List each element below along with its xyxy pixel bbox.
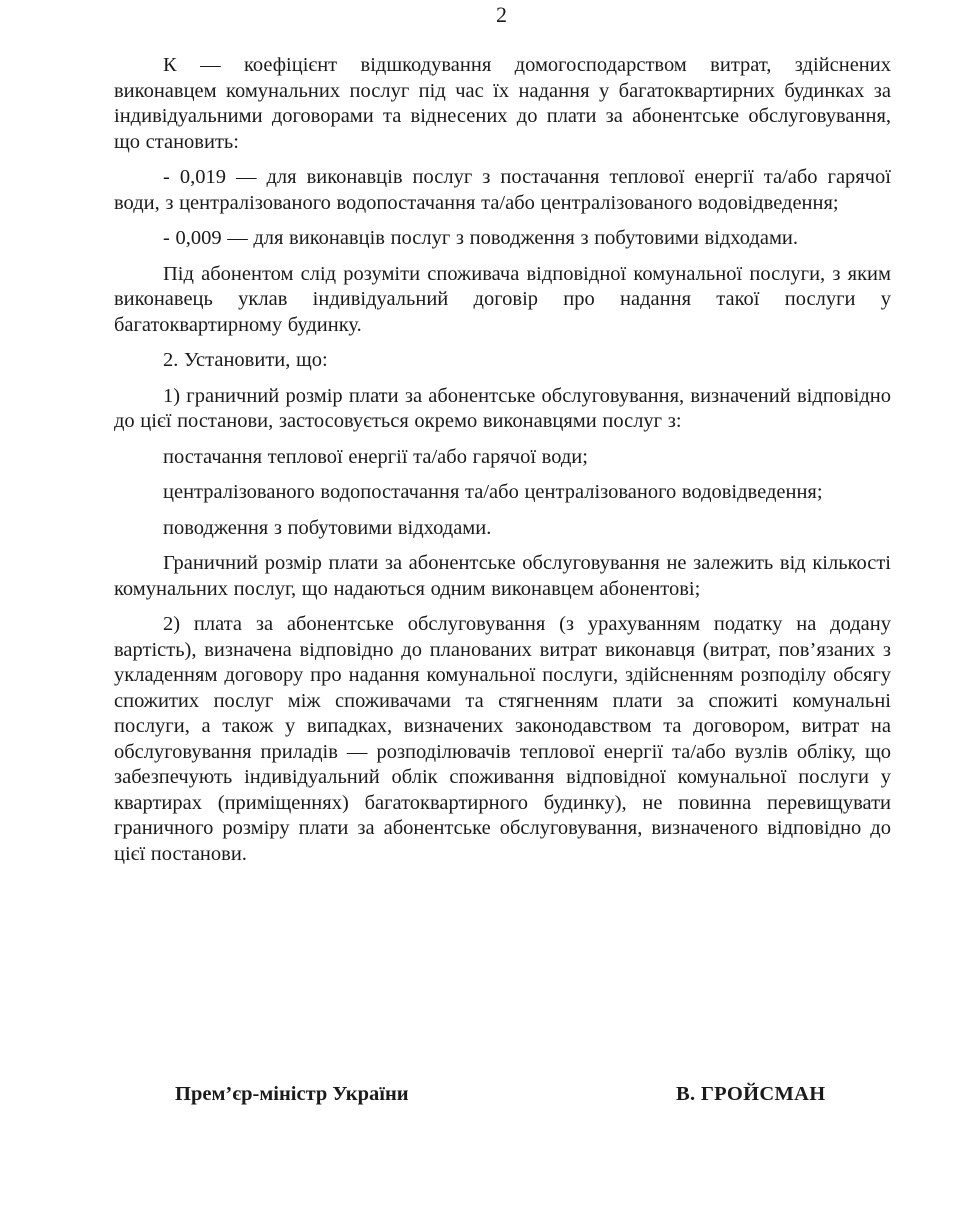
paragraph-service-heat: постачання теплової енергії та/або гаряч… [114,445,891,471]
paragraph-fee-independence: Граничний розмір плати за абонентське об… [114,551,891,602]
page-number: 2 [0,2,961,28]
paragraph-subscriber-definition: Під абонентом слід розуміти споживача ві… [114,262,891,339]
paragraph-coefficient-definition: К — коефіцієнт відшкодування домогоспода… [114,53,891,155]
document-body: К — коефіцієнт відшкодування домогоспода… [114,53,891,877]
paragraph-item-1: 1) граничний розмір плати за абонентське… [114,384,891,435]
signature-name: В. ГРОЙСМАН [676,1081,825,1107]
paragraph-service-waste: поводження з побутовими відходами. [114,516,891,542]
paragraph-section-2-heading: 2. Установити, що: [114,348,891,374]
signature-position: Прем’єр-міністр України [175,1081,409,1107]
paragraph-service-water: централізованого водопостачання та/або ц… [114,480,891,506]
paragraph-item-2: 2) плата за абонентське обслуговування (… [114,612,891,867]
paragraph-coefficient-heat-water: - 0,019 — для виконавців послуг з постач… [114,165,891,216]
paragraph-coefficient-waste: - 0,009 — для виконавців послуг з поводж… [114,226,891,252]
